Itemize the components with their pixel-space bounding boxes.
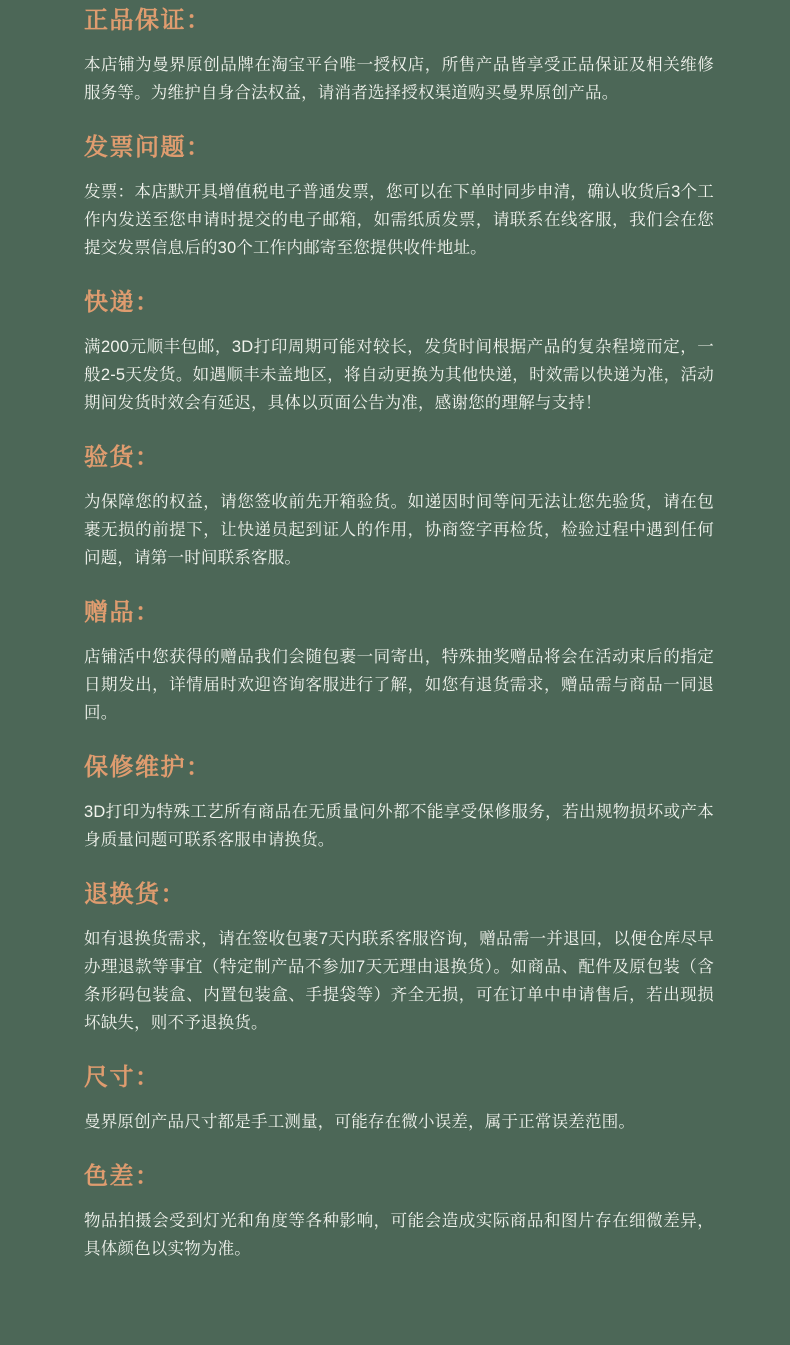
section-body-authenticity: 本店铺为曼界原创品牌在淘宝平台唯一授权店，所售产品皆享受正品保证及相关维修服务等… bbox=[84, 51, 714, 107]
section-body-returns: 如有退换货需求，请在签收包裹7天内联系客服咨询，赠品需一并退回，以便仓库尽早办理… bbox=[84, 925, 714, 1037]
section-heading-gift: 赠品： bbox=[84, 594, 714, 632]
section-body-shipping: 满200元顺丰包邮，3D打印周期可能对较长，发货时间根据产品的复杂程境而定，一般… bbox=[84, 333, 714, 417]
policy-section-authenticity: 正品保证： 本店铺为曼界原创品牌在淘宝平台唯一授权店，所售产品皆享受正品保证及相… bbox=[84, 2, 714, 107]
section-body-warranty: 3D打印为特殊工艺所有商品在无质量问外都不能享受保修服务，若出规物损坏或产本身质… bbox=[84, 798, 714, 854]
policy-section-invoice: 发票问题： 发票：本店默开具增值税电子普通发票，您可以在下单时同步申清，确认收货… bbox=[84, 129, 714, 262]
section-body-color-difference: 物品拍摄会受到灯光和角度等各种影响，可能会造成实际商品和图片存在细微差异，具体颜… bbox=[84, 1207, 714, 1263]
policy-section-inspection: 验货： 为保障您的权益，请您签收前先开箱验货。如递因时间等问无法让您先验货，请在… bbox=[84, 439, 714, 572]
section-body-inspection: 为保障您的权益，请您签收前先开箱验货。如递因时间等问无法让您先验货，请在包裹无损… bbox=[84, 488, 714, 572]
section-heading-color-difference: 色差： bbox=[84, 1158, 714, 1196]
policy-section-warranty: 保修维护： 3D打印为特殊工艺所有商品在无质量问外都不能享受保修服务，若出规物损… bbox=[84, 749, 714, 854]
section-heading-invoice: 发票问题： bbox=[84, 129, 714, 167]
store-policy-page: 正品保证： 本店铺为曼界原创品牌在淘宝平台唯一授权店，所售产品皆享受正品保证及相… bbox=[0, 0, 790, 1345]
section-body-gift: 店铺活中您获得的赠品我们会随包裹一同寄出，特殊抽奖赠品将会在活动束后的指定日期发… bbox=[84, 643, 714, 727]
policy-section-returns: 退换货： 如有退换货需求，请在签收包裹7天内联系客服咨询，赠品需一并退回，以便仓… bbox=[84, 876, 714, 1037]
section-heading-size: 尺寸： bbox=[84, 1059, 714, 1097]
section-heading-warranty: 保修维护： bbox=[84, 749, 714, 787]
section-heading-authenticity: 正品保证： bbox=[84, 2, 714, 40]
section-body-size: 曼界原创产品尺寸都是手工测量，可能存在微小误差，属于正常误差范围。 bbox=[84, 1108, 714, 1136]
section-heading-returns: 退换货： bbox=[84, 876, 714, 914]
policy-section-color-difference: 色差： 物品拍摄会受到灯光和角度等各种影响，可能会造成实际商品和图片存在细微差异… bbox=[84, 1158, 714, 1263]
policy-section-gift: 赠品： 店铺活中您获得的赠品我们会随包裹一同寄出，特殊抽奖赠品将会在活动束后的指… bbox=[84, 594, 714, 727]
section-body-invoice: 发票：本店默开具增值税电子普通发票，您可以在下单时同步申清，确认收货后3个工作内… bbox=[84, 178, 714, 262]
policy-section-size: 尺寸： 曼界原创产品尺寸都是手工测量，可能存在微小误差，属于正常误差范围。 bbox=[84, 1059, 714, 1136]
section-heading-inspection: 验货： bbox=[84, 439, 714, 477]
policy-section-shipping: 快递： 满200元顺丰包邮，3D打印周期可能对较长，发货时间根据产品的复杂程境而… bbox=[84, 284, 714, 417]
section-heading-shipping: 快递： bbox=[84, 284, 714, 322]
